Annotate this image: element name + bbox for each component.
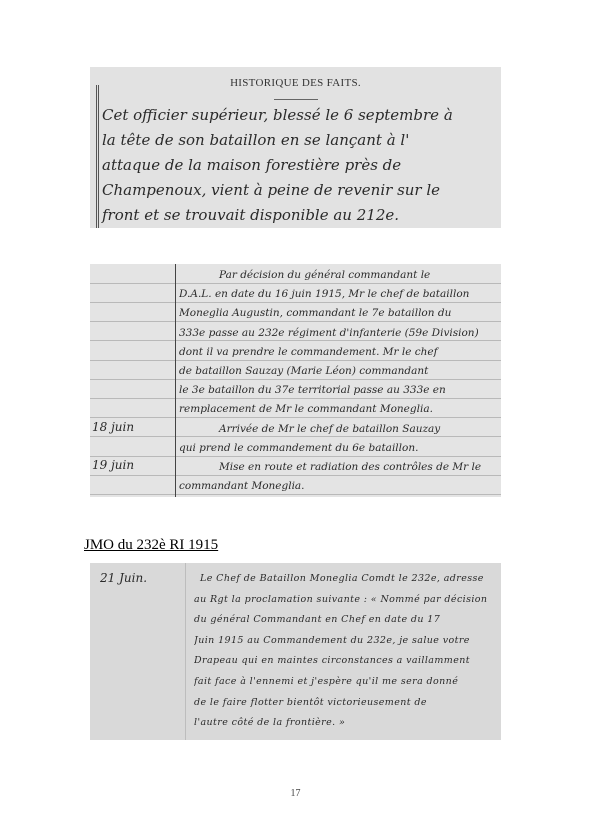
text-line: remplacement de Mr le commandant Monegli…: [179, 400, 497, 419]
handwritten-text: Par décision du général commandant le D.…: [179, 266, 497, 496]
text-line: Moneglia Augustin, commandant le 7e bata…: [179, 304, 497, 323]
page-number: 17: [0, 788, 591, 799]
historique-scan: HISTORIQUE DES FAITS. Cet officier supér…: [90, 67, 501, 228]
text-line: le 3e bataillon du 37e territorial passe…: [179, 381, 497, 400]
text-line: qui prend le commandement du 6e bataillo…: [179, 439, 497, 458]
text-line: dont il va prendre le commandement. Mr l…: [179, 343, 497, 362]
text-line: l'autre côté de la frontière. »: [194, 713, 497, 734]
text-line: Drapeau qui en maintes circonstances a v…: [194, 651, 497, 672]
date-entry: 19 juin: [92, 458, 134, 472]
text-line: au Rgt la proclamation suivante : « Nomm…: [194, 590, 497, 611]
margin-line: [175, 264, 176, 497]
section-header: HISTORIQUE DES FAITS.: [90, 77, 501, 89]
text-line: commandant Moneglia.: [179, 477, 497, 496]
text-line: du général Commandant en Chef en date du…: [194, 610, 497, 631]
header-rule: [274, 99, 318, 100]
text-line: attaque de la maison forestière près de: [102, 153, 495, 178]
text-line: Juin 1915 au Commandement du 232e, je sa…: [194, 631, 497, 652]
text-line: Mise en route et radiation des contrôles…: [179, 458, 497, 477]
text-line: la tête de son bataillon en se lançant à…: [102, 128, 495, 153]
text-line: 333e passe au 232e régiment d'infanterie…: [179, 324, 497, 343]
handwritten-text: Cet officier supérieur, blessé le 6 sept…: [102, 103, 495, 228]
figure-caption: JMO du 232è RI 1915: [84, 537, 218, 554]
text-line: D.A.L. en date du 16 juin 1915, Mr le ch…: [179, 285, 497, 304]
text-line: fait face à l'ennemi et j'espère qu'il m…: [194, 672, 497, 693]
text-line: de bataillon Sauzay (Marie Léon) command…: [179, 362, 497, 381]
handwritten-text: Le Chef de Bataillon Moneglia Comdt le 2…: [194, 569, 497, 734]
margin-line: [96, 85, 97, 228]
text-line: de le faire flotter bientôt victorieusem…: [194, 693, 497, 714]
text-line: Par décision du général commandant le: [179, 266, 497, 285]
date-entry: 18 juin: [92, 420, 134, 434]
date-entry: 21 Juin.: [100, 571, 147, 585]
text-line: Cet officier supérieur, blessé le 6 sept…: [102, 103, 495, 128]
text-line: front et se trouvait disponible au 212e.: [102, 203, 495, 228]
text-line: Champenoux, vient à peine de revenir sur…: [102, 178, 495, 203]
margin-line: [98, 85, 99, 228]
jmo-scan: 21 Juin. Le Chef de Bataillon Moneglia C…: [90, 563, 501, 740]
margin-line: [185, 563, 186, 740]
ledger-scan: 18 juin 19 juin Par décision du général …: [90, 264, 501, 497]
text-line: Le Chef de Bataillon Moneglia Comdt le 2…: [194, 569, 497, 590]
text-line: Arrivée de Mr le chef de bataillon Sauza…: [179, 420, 497, 439]
